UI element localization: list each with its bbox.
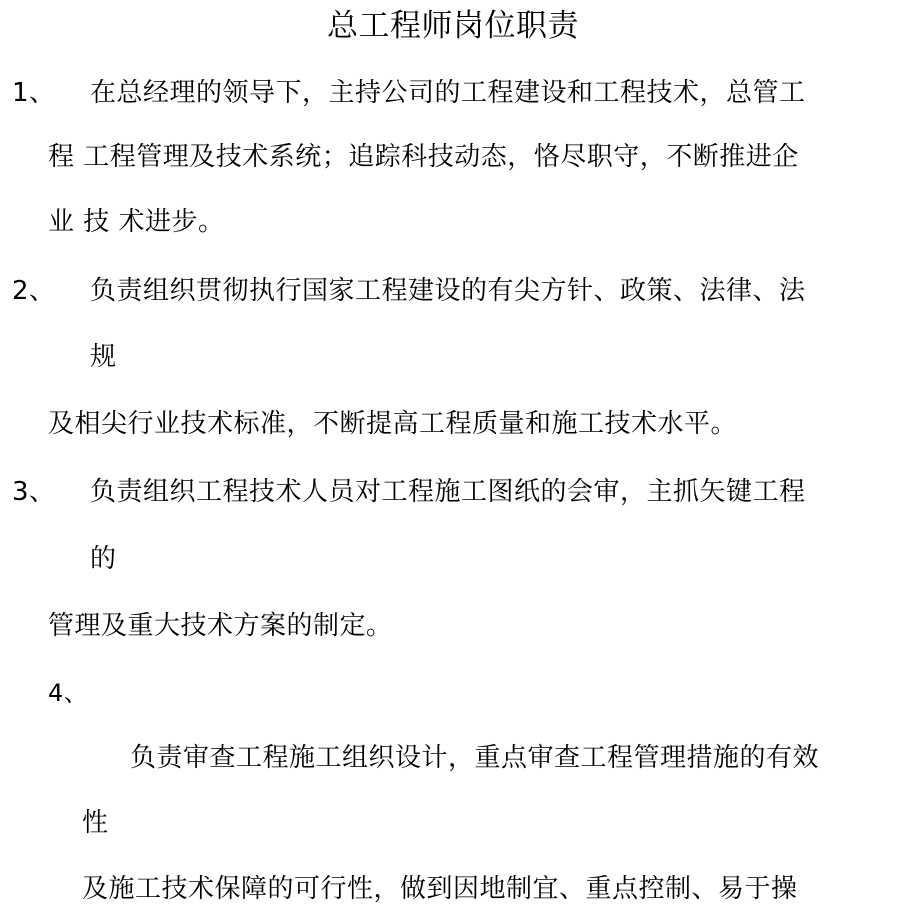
item-1-line-1: 在总经理的领导下，主持公司的工程建设和工程技术，总管工: [90, 78, 806, 108]
item-3-line-3: 管理及重大技术方案的制定。: [48, 611, 393, 641]
item-2-line-3: 及相尖行业技术标准，不断提高工程质量和施工技术水平。: [48, 409, 737, 439]
item-2-line-2: 规: [90, 342, 117, 372]
item-1-line-3: 业 技 术进步。: [48, 207, 225, 237]
item-3-number: 3、: [12, 477, 56, 507]
document-title: 总工程师岗位职责: [0, 8, 906, 44]
item-4-number: 4、: [48, 678, 88, 708]
item-1-number: 1、: [12, 78, 56, 108]
item-4-line-1: 负责审查工程施工组织设计，重点审查工程管理措施的有效: [130, 743, 819, 773]
item-4-line-2: 性: [82, 808, 109, 838]
item-2-line-1: 负责组织贯彻执行国家工程建设的有尖方针、政策、法律、法: [90, 276, 806, 306]
item-2-number: 2、: [12, 276, 56, 306]
item-3-line-2: 的: [90, 544, 117, 574]
item-1-line-2: 程 工程管理及技术系统；追踪科技动态，恪尽职守，不断推进企: [48, 142, 799, 172]
item-3-line-1: 负责组织工程技术人员对工程施工图纸的会审，主抓矢键工程: [90, 477, 806, 507]
item-4-line-3: 及施工技术保障的可行性，做到因地制宜、重点控制、易于操: [82, 874, 798, 904]
